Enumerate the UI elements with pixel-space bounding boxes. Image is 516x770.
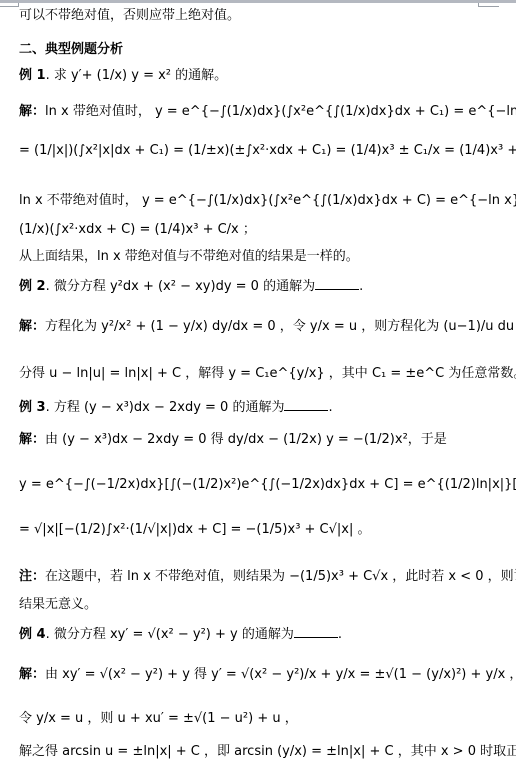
text-line-s4b: 令 y/x = u ，则 u + xu′ = ±√(1 − u²) + u ， [19, 711, 298, 727]
line-text: . 方程 (y − x³)dx − 2xdy = 0 的通解为 [46, 400, 285, 415]
line-label: 注： [19, 569, 45, 584]
line-text: = √|x|[−(1/2)∫x²·(1/√|x|)dx + C] = −(1/5… [19, 522, 371, 537]
line-text: y = e^{−∫(−1/2x)dx}[∫(−(1/2)x²)e^{∫(−1/2… [19, 477, 516, 492]
line-label: 解： [19, 319, 45, 334]
text-line-n3b: 结果无意义。 [19, 597, 97, 613]
blank-suffix: . [359, 279, 363, 294]
line-text: 分得 u − ln|u| = ln|x| + C ，解得 y = C₁e^{y/… [19, 366, 516, 381]
line-text: 可以不带绝对值，否则应带上绝对值。 [19, 8, 240, 23]
line-text: 令 y/x = u ，则 u + xu′ = ±√(1 − u²) + u ， [19, 711, 298, 726]
line-text: ln x 带绝对值时， y = e^{−∫(1/x)dx}(∫x²e^{∫(1/… [45, 104, 516, 119]
text-line-h1: 二、典型例题分析 [19, 42, 123, 58]
text-line-s2a: 解：方程化为 y²/x² + (1 − y/x) dy/dx = 0 ，令 y/… [19, 319, 516, 335]
line-text: 解之得 arcsin u = ±ln|x| + C ，即 arcsin (y/x… [19, 744, 516, 759]
line-label: 例 1 [19, 68, 46, 83]
line-text: 在这题中，若 ln x 不带绝对值，则结果为 −(1/5)x³ + C√x ，此… [45, 569, 516, 584]
line-text: . 微分方程 xy′ = √(x² − y²) + y 的通解为 [46, 627, 294, 642]
line-label: 解： [19, 432, 45, 447]
text-line-s1e: 从上面结果，ln x 带绝对值与不带绝对值的结果是一样的。 [19, 249, 359, 265]
text-line-s3b: y = e^{−∫(−1/2x)dx}[∫(−(1/2)x²)e^{∫(−1/2… [19, 477, 516, 493]
crop-mark-right [478, 3, 499, 7]
text-line-s1b: = (1/|x|)(∫x²|x|dx + C₁) = (1/±x)(±∫x²·x… [19, 143, 516, 159]
line-label: 例 2 [19, 279, 46, 294]
text-line-l1: 可以不带绝对值，否则应带上绝对值。 [19, 8, 240, 24]
line-label: 例 3 [19, 400, 46, 415]
answer-blank [315, 277, 359, 290]
line-label: 解： [19, 667, 45, 682]
line-label: 例 4 [19, 627, 46, 642]
text-line-n3a: 注：在这题中，若 ln x 不带绝对值，则结果为 −(1/5)x³ + C√x … [19, 569, 516, 585]
text-line-s1c: ln x 不带绝对值时， y = e^{−∫(1/x)dx}(∫x²e^{∫(1… [19, 193, 516, 209]
line-text: 从上面结果，ln x 带绝对值与不带绝对值的结果是一样的。 [19, 249, 359, 264]
line-text: . 微分方程 y²dx + (x² − xy)dy = 0 的通解为 [46, 279, 316, 294]
line-text: 由 (y − x³)dx − 2xdy = 0 得 dy/dx − (1/2x)… [45, 432, 447, 447]
page-top-border [0, 0, 516, 3]
text-line-ex2: 例 2. 微分方程 y²dx + (x² − xy)dy = 0 的通解为. [19, 277, 363, 295]
line-text: ln x 不带绝对值时， y = e^{−∫(1/x)dx}(∫x²e^{∫(1… [19, 193, 516, 208]
line-text: . 求 y′+ (1/x) y = x² 的通解。 [46, 68, 228, 83]
text-line-s3c: = √|x|[−(1/2)∫x²·(1/√|x|)dx + C] = −(1/5… [19, 522, 371, 538]
line-text: 结果无意义。 [19, 597, 97, 612]
text-line-s2b: 分得 u − ln|u| = ln|x| + C ，解得 y = C₁e^{y/… [19, 366, 516, 382]
line-text: = (1/|x|)(∫x²|x|dx + C₁) = (1/±x)(±∫x²·x… [19, 143, 516, 158]
line-text: 由 xy′ = √(x² − y²) + y 得 y′ = √(x² − y²)… [45, 667, 516, 682]
line-text: 方程化为 y²/x² + (1 − y/x) dy/dx = 0 ，令 y/x … [45, 319, 516, 334]
text-line-ex1: 例 1. 求 y′+ (1/x) y = x² 的通解。 [19, 68, 227, 84]
text-line-s4c: 解之得 arcsin u = ±ln|x| + C ，即 arcsin (y/x… [19, 744, 516, 760]
text-line-s1a: 解：ln x 带绝对值时， y = e^{−∫(1/x)dx}(∫x²e^{∫(… [19, 104, 516, 120]
answer-blank [284, 398, 328, 411]
text-line-s1d: (1/x)(∫x²·xdx + C) = (1/4)x³ + C/x ； [19, 222, 256, 238]
blank-suffix: . [338, 627, 342, 642]
answer-blank [294, 625, 338, 638]
text-line-s3a: 解：由 (y − x³)dx − 2xdy = 0 得 dy/dx − (1/2… [19, 432, 447, 448]
crop-mark-left [0, 3, 19, 7]
text-line-ex3: 例 3. 方程 (y − x³)dx − 2xdy = 0 的通解为. [19, 398, 333, 416]
text-line-ex4: 例 4. 微分方程 xy′ = √(x² − y²) + y 的通解为. [19, 625, 342, 643]
line-text: 二、典型例题分析 [19, 42, 123, 57]
line-text: (1/x)(∫x²·xdx + C) = (1/4)x³ + C/x ； [19, 222, 256, 237]
text-line-s4a: 解：由 xy′ = √(x² − y²) + y 得 y′ = √(x² − y… [19, 667, 516, 683]
blank-suffix: . [328, 400, 332, 415]
line-label: 解： [19, 104, 45, 119]
